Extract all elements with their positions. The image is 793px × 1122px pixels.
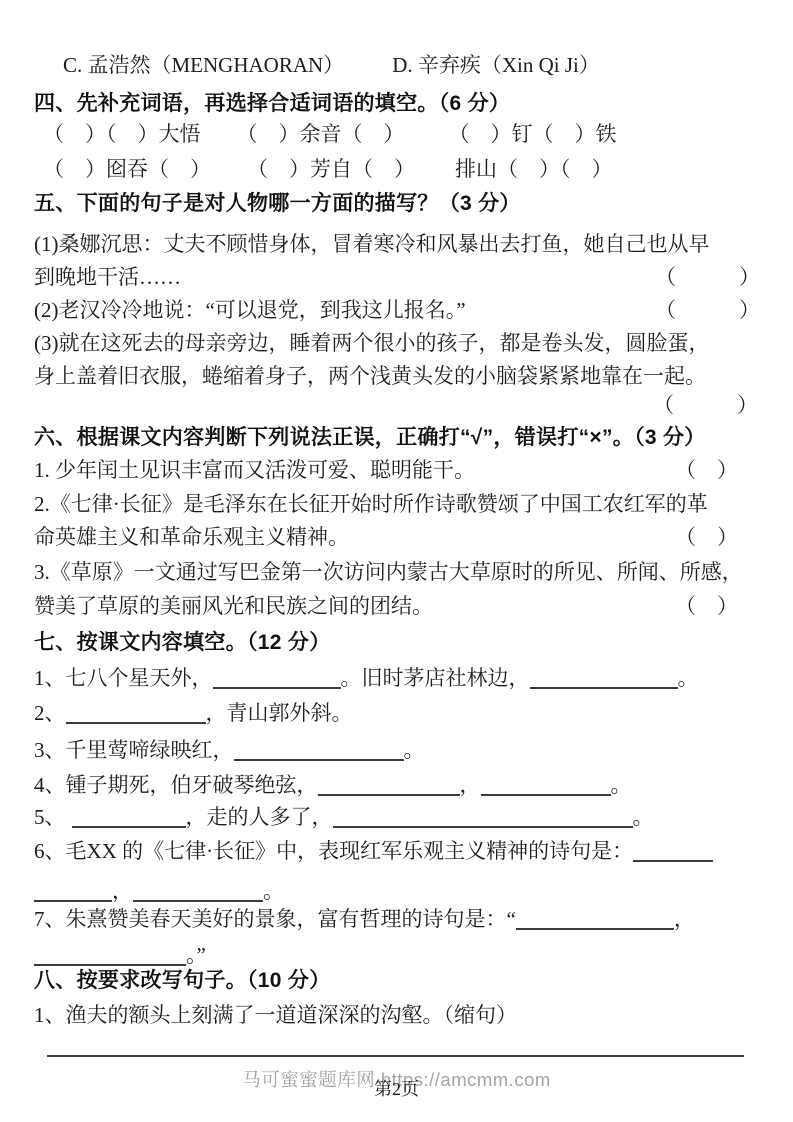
q6-item2-line2: 命英雄主义和革命乐观主义精神。（ ）: [34, 524, 763, 551]
answer-blank-underline: [318, 773, 460, 796]
q7-item4: 4、锺子期死，伯牙破琴绝弦，，。: [34, 772, 763, 799]
answer-blank-underline: [234, 738, 404, 761]
spacer: [405, 140, 449, 141]
text-run: 。: [678, 665, 699, 692]
answer-blank-underline: [516, 907, 674, 930]
text-run: (2)老汉冷冷地说：“可以退党，到我这儿报名。”: [34, 297, 466, 324]
answer-blank-underline: [633, 839, 713, 862]
text-run: 赞美了草原的美丽风光和民族之间的团结。: [34, 593, 433, 620]
text-run: 命英雄主义和革命乐观主义精神。: [34, 524, 349, 551]
section-5-heading: 五、下面的句子是对人物哪一方面的描写？（3 分）: [34, 190, 763, 217]
exam-paper-page: 马可蜜蜜题库网 https://amcmm.com 第2页 C. 孟浩然（MEN…: [0, 0, 793, 1122]
text-run: 7、朱熹赞美春天美好的景象，富有哲理的诗句是：“: [34, 906, 516, 933]
q7-item6-line1: 6、毛XX 的《七律·长征》中，表现红军乐观主义精神的诗句是：: [34, 838, 763, 865]
section-6-heading: 六、根据课文内容判断下列说法正误，正确打“√”，错误打“×”。（3 分）: [34, 424, 763, 451]
section-4-heading: 四、先补充词语，再选择合适词语的填空。（6 分）: [34, 90, 763, 117]
option-row-c-d: C. 孟浩然（MENGHAORAN）D. 辛弃疾（Xin Qi Ji）: [63, 52, 763, 79]
q5-item2: (2)老汉冷冷地说：“可以退党，到我这儿报名。”（ ）: [34, 297, 763, 324]
text-run: 2.《七律·长征》是毛泽东在长征开始时所作诗歌赞颂了中国工农红军的革: [34, 491, 708, 518]
answer-blank-underline: [72, 805, 186, 828]
q8-item1: 1、渔夫的额头上刻满了一道道深深的沟壑。（缩句）: [34, 1002, 763, 1029]
text-run: 3.《草原》一文通过写巴金第一次访问内蒙古大草原时的所见、所闻、所感，: [34, 559, 743, 586]
text-run: 3、千里莺啼绿映红，: [34, 737, 234, 764]
text-run: 1、七八个星天外，: [34, 665, 213, 692]
text-run: 2、: [34, 700, 66, 727]
text-run: 。: [263, 878, 284, 905]
answer-parentheses: （ ）: [675, 457, 738, 484]
answer-parentheses: （ ）: [675, 524, 738, 551]
text-run: 到晚地干活……: [34, 264, 181, 291]
q5-item1-line2: 到晚地干活……（ ）: [34, 264, 763, 291]
text-run: （ ）囵吞（ ）: [43, 156, 211, 183]
answer-blank-underline: [34, 943, 186, 966]
text-run: 身上盖着旧衣服，蜷缩着身子，两个浅黄头发的小脑袋紧紧地靠在一起。: [34, 363, 706, 390]
text-run: 5、: [34, 804, 66, 831]
text-run: 。: [633, 804, 654, 831]
text-run: 6、毛XX 的《七律·长征》中，表现红军乐观主义精神的诗句是：: [34, 838, 633, 865]
answer-blank-underline: [333, 805, 633, 828]
answer-blank-underline: [133, 879, 263, 902]
text-run: 六、根据课文内容判断下列说法正误，正确打“√”，错误打“×”。（3 分）: [34, 424, 706, 451]
answer-parentheses: （ ）: [675, 593, 738, 620]
text-run: (1)桑娜沉思：丈夫不顾惜身体，冒着寒冷和风暴出去打鱼，她自己也从早: [34, 231, 709, 258]
text-run: (3)就在这死去的母亲旁边，睡着两个很小的孩子，都是卷头发，圆脸蛋，: [34, 330, 709, 357]
q7-item7-line1: 7、朱熹赞美春天美好的景象，富有哲理的诗句是：“，: [34, 906, 763, 933]
spacer: [344, 71, 392, 72]
answer-parentheses: （ ）: [653, 392, 758, 419]
text-run: （ ）钉（ ）铁: [449, 121, 617, 148]
word-blank-row-1: （ ）（ ）大悟（ ）余音（ ）（ ）钉（ ）铁: [43, 121, 763, 148]
spacer: [211, 175, 247, 176]
section-7-heading: 七、按课文内容填空。（12 分）: [34, 629, 763, 656]
text-run: 。旧时茅店社林边，: [341, 665, 530, 692]
q6-item2-line1: 2.《七律·长征》是毛泽东在长征开始时所作诗歌赞颂了中国工农红军的革: [34, 491, 763, 518]
text-run: （ ）芳自（ ）: [247, 156, 415, 183]
text-run: （ ）（ ）大悟: [43, 121, 201, 148]
q5-item3-line2: 身上盖着旧衣服，蜷缩着身子，两个浅黄头发的小脑袋紧紧地靠在一起。: [34, 363, 763, 390]
text-run: C. 孟浩然（MENGHAORAN）: [63, 52, 344, 79]
text-run: ，青山郭外斜。: [206, 700, 353, 727]
text-run: 七、按课文内容填空。（12 分）: [34, 629, 331, 656]
text-run: 四、先补充词语，再选择合适词语的填空。（6 分）: [34, 90, 510, 117]
q5-item3-line1: (3)就在这死去的母亲旁边，睡着两个很小的孩子，都是卷头发，圆脸蛋，: [34, 330, 763, 357]
q6-item3-line2: 赞美了草原的美丽风光和民族之间的团结。（ ）: [34, 593, 763, 620]
text-run: ，: [460, 772, 481, 799]
q7-item5: 5、，走的人多了，。: [34, 804, 763, 831]
q7-item1: 1、七八个星天外，。旧时茅店社林边，。: [34, 665, 763, 692]
text-run: 1、渔夫的额头上刻满了一道道深深的沟壑。（缩句）: [34, 1002, 517, 1029]
section-8-heading: 八、按要求改写句子。（10 分）: [34, 967, 763, 994]
page-number: 第2页: [0, 1075, 793, 1101]
text-run: 。: [611, 772, 632, 799]
text-run: ，走的人多了，: [186, 804, 333, 831]
q7-item6-line2: ，。: [34, 878, 763, 905]
text-run: D. 辛弃疾（Xin Qi Ji）: [392, 52, 600, 79]
q5-item3-answer-paren: （ ）: [34, 392, 763, 419]
answer-blank-underline: [66, 701, 206, 724]
spacer: [415, 175, 455, 176]
q7-item3: 3、千里莺啼绿映红，。: [34, 737, 763, 764]
q5-item1-line1: (1)桑娜沉思：丈夫不顾惜身体，冒着寒冷和风暴出去打鱼，她自己也从早: [34, 231, 763, 258]
word-blank-row-2: （ ）囵吞（ ）（ ）芳自（ ）排山（ ）（ ）: [43, 156, 763, 183]
text-run: 排山（ ）（ ）: [455, 156, 613, 183]
answer-blank-underline: [34, 879, 112, 902]
q7-item2: 2、，青山郭外斜。: [34, 700, 763, 727]
text-run: ，: [674, 906, 695, 933]
answer-blank-underline: [530, 666, 678, 689]
footer-divider-line: [47, 1055, 744, 1057]
text-run: 1. 少年闰土见识丰富而又活泼可爱、聪明能干。: [34, 457, 475, 484]
text-run: （ ）余音（ ）: [237, 121, 405, 148]
spacer: [201, 140, 237, 141]
text-run: 五、下面的句子是对人物哪一方面的描写？（3 分）: [34, 190, 521, 217]
q7-item7-line2: 。”: [34, 942, 763, 969]
answer-parentheses: （ ）: [655, 264, 760, 291]
answer-blank-underline: [481, 773, 611, 796]
answer-parentheses: （ ）: [655, 297, 760, 324]
text-run: ，: [112, 878, 133, 905]
q6-item1: 1. 少年闰土见识丰富而又活泼可爱、聪明能干。（ ）: [34, 457, 763, 484]
text-run: 八、按要求改写句子。（10 分）: [34, 967, 331, 994]
q6-item3-line1: 3.《草原》一文通过写巴金第一次访问内蒙古大草原时的所见、所闻、所感，: [34, 559, 763, 586]
text-run: 。”: [186, 942, 206, 969]
answer-blank-underline: [213, 666, 341, 689]
text-run: 4、锺子期死，伯牙破琴绝弦，: [34, 772, 318, 799]
text-run: 。: [404, 737, 425, 764]
